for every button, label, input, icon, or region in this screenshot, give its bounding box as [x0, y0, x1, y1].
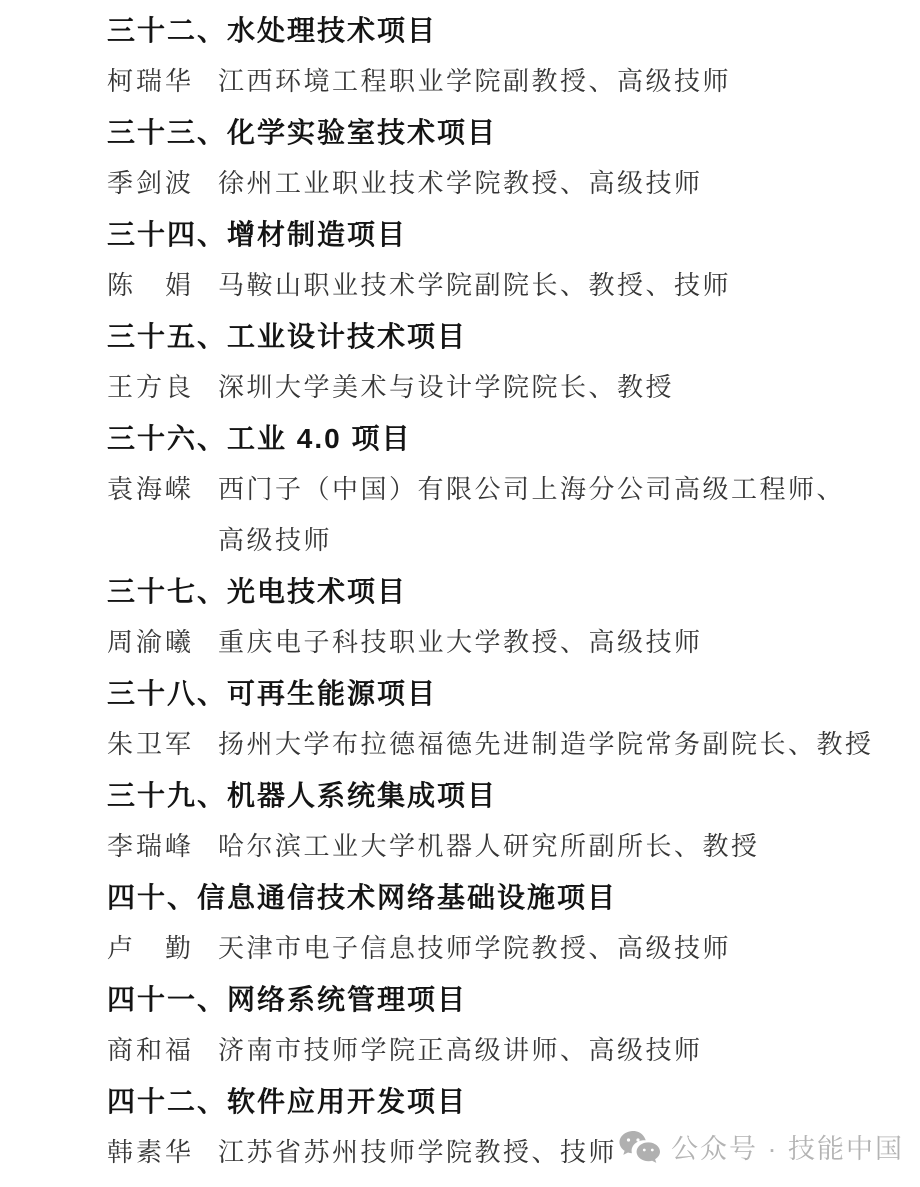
expert-title-line: 扬州大学布拉德福德先进制造学院常务副院长、教授 [218, 730, 874, 760]
section-heading: 三十七、光电技术项目 [107, 577, 880, 607]
expert-name: 袁海嵘 [107, 475, 191, 505]
expert-title-line: 深圳大学美术与设计学院院长、教授 [218, 373, 674, 403]
wechat-icon [617, 1129, 661, 1169]
expert-title: 江西环境工程职业学院副教授、高级技师 [218, 67, 731, 97]
expert-title-line: 济南市技师学院正高级讲师、高级技师 [218, 1036, 703, 1066]
expert-title: 重庆电子科技职业大学教授、高级技师 [218, 628, 703, 658]
expert-name: 朱卫军 [107, 730, 191, 760]
expert-name: 李瑞峰 [107, 832, 191, 862]
project-section: 三十四、增材制造项目 陈 娟 马鞍山职业技术学院副院长、教授、技师 [107, 220, 880, 301]
project-section: 三十五、工业设计技术项目 王方良 深圳大学美术与设计学院院长、教授 [107, 322, 880, 403]
project-expert-list: 三十二、水处理技术项目 柯瑞华 江西环境工程职业学院副教授、高级技师 三十三、化… [107, 16, 880, 1187]
expert-title-line: 西门子（中国）有限公司上海分公司高级工程师、 [218, 475, 845, 505]
expert-entry-row: 柯瑞华 江西环境工程职业学院副教授、高级技师 [107, 67, 880, 97]
expert-entry-row: 季剑波 徐州工业职业技术学院教授、高级技师 [107, 169, 880, 199]
watermark-label: 公众号 · 技能中国 [671, 1129, 904, 1169]
expert-entry-row: 商和福 济南市技师学院正高级讲师、高级技师 [107, 1036, 880, 1066]
expert-entry-row: 周渝曦 重庆电子科技职业大学教授、高级技师 [107, 628, 880, 658]
project-section: 三十三、化学实验室技术项目 季剑波 徐州工业职业技术学院教授、高级技师 [107, 118, 880, 199]
expert-name: 王方良 [107, 373, 191, 403]
project-section: 三十七、光电技术项目 周渝曦 重庆电子科技职业大学教授、高级技师 [107, 577, 880, 658]
section-heading: 三十九、机器人系统集成项目 [107, 781, 880, 811]
expert-title: 哈尔滨工业大学机器人研究所副所长、教授 [218, 832, 760, 862]
section-heading: 三十二、水处理技术项目 [107, 16, 880, 46]
expert-title: 深圳大学美术与设计学院院长、教授 [218, 373, 674, 403]
wechat-watermark: 公众号 · 技能中国 [617, 1129, 904, 1169]
expert-name: 周渝曦 [107, 628, 191, 658]
project-section: 四十、信息通信技术网络基础设施项目 卢 勤 天津市电子信息技师学院教授、高级技师 [107, 883, 880, 964]
expert-title-line: 江西环境工程职业学院副教授、高级技师 [218, 67, 731, 97]
expert-name: 陈 娟 [107, 271, 191, 301]
expert-title-line: 重庆电子科技职业大学教授、高级技师 [218, 628, 703, 658]
section-heading: 三十五、工业设计技术项目 [107, 322, 880, 352]
expert-title: 扬州大学布拉德福德先进制造学院常务副院长、教授 [218, 730, 874, 760]
expert-title: 西门子（中国）有限公司上海分公司高级工程师、高级技师 [218, 475, 845, 556]
project-section: 三十九、机器人系统集成项目 李瑞峰 哈尔滨工业大学机器人研究所副所长、教授 [107, 781, 880, 862]
section-heading: 四十二、软件应用开发项目 [107, 1087, 880, 1117]
expert-name: 商和福 [107, 1036, 191, 1066]
expert-title-line: 江苏省苏州技师学院教授、技师 [218, 1138, 617, 1168]
expert-entry-row: 卢 勤 天津市电子信息技师学院教授、高级技师 [107, 934, 880, 964]
expert-name: 柯瑞华 [107, 67, 191, 97]
expert-title: 徐州工业职业技术学院教授、高级技师 [218, 169, 703, 199]
expert-entry-row: 王方良 深圳大学美术与设计学院院长、教授 [107, 373, 880, 403]
expert-name: 韩素华 [107, 1138, 191, 1168]
expert-name: 季剑波 [107, 169, 191, 199]
expert-title: 马鞍山职业技术学院副院长、教授、技师 [218, 271, 731, 301]
section-heading: 四十、信息通信技术网络基础设施项目 [107, 883, 880, 913]
project-section: 三十八、可再生能源项目 朱卫军 扬州大学布拉德福德先进制造学院常务副院长、教授 [107, 679, 880, 760]
document-page: { "colors": { "background": "#ffffff", "… [0, 0, 920, 1187]
expert-entry-row: 朱卫军 扬州大学布拉德福德先进制造学院常务副院长、教授 [107, 730, 880, 760]
section-heading: 三十六、工业 4.0 项目 [107, 424, 880, 454]
expert-title-line: 徐州工业职业技术学院教授、高级技师 [218, 169, 703, 199]
expert-title-line: 哈尔滨工业大学机器人研究所副所长、教授 [218, 832, 760, 862]
expert-title-line: 天津市电子信息技师学院教授、高级技师 [218, 934, 731, 964]
expert-title-line: 马鞍山职业技术学院副院长、教授、技师 [218, 271, 731, 301]
expert-title: 济南市技师学院正高级讲师、高级技师 [218, 1036, 703, 1066]
expert-title: 江苏省苏州技师学院教授、技师 [218, 1138, 617, 1168]
expert-entry-row: 陈 娟 马鞍山职业技术学院副院长、教授、技师 [107, 271, 880, 301]
project-section: 三十六、工业 4.0 项目 袁海嵘 西门子（中国）有限公司上海分公司高级工程师、… [107, 424, 880, 556]
expert-name: 卢 勤 [107, 934, 191, 964]
project-section: 三十二、水处理技术项目 柯瑞华 江西环境工程职业学院副教授、高级技师 [107, 16, 880, 97]
expert-title: 天津市电子信息技师学院教授、高级技师 [218, 934, 731, 964]
section-heading: 三十三、化学实验室技术项目 [107, 118, 880, 148]
project-section: 四十一、网络系统管理项目 商和福 济南市技师学院正高级讲师、高级技师 [107, 985, 880, 1066]
expert-entry-row: 李瑞峰 哈尔滨工业大学机器人研究所副所长、教授 [107, 832, 880, 862]
expert-entry-row: 袁海嵘 西门子（中国）有限公司上海分公司高级工程师、高级技师 [107, 475, 880, 556]
section-heading: 三十八、可再生能源项目 [107, 679, 880, 709]
section-heading: 四十一、网络系统管理项目 [107, 985, 880, 1015]
section-heading: 三十四、增材制造项目 [107, 220, 880, 250]
expert-title-line: 高级技师 [218, 526, 845, 556]
